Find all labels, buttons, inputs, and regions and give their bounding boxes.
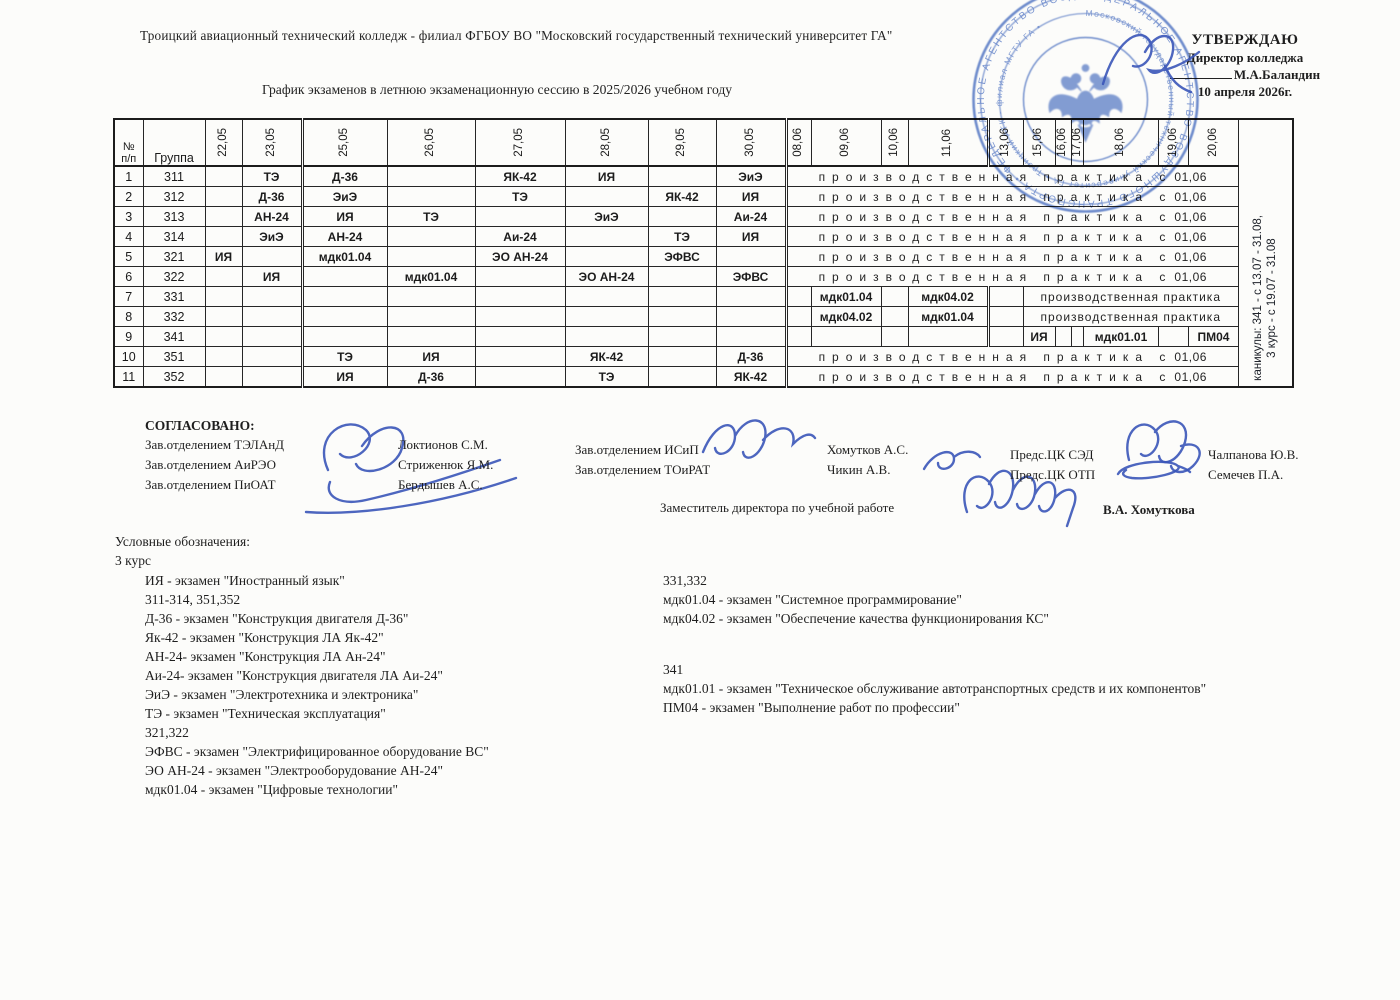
date-header: 16,06 <box>1055 119 1071 166</box>
schedule-cell <box>565 307 648 327</box>
schedule-row-311: 1311ТЭД-36ЯК-42ИЯЭиЭпроизводственная пра… <box>114 166 1293 187</box>
legend-item: Аи-24- экзамен "Конструкция двигателя ЛА… <box>145 666 489 685</box>
agreement-role: Предс.ЦК СЭД <box>1010 447 1093 463</box>
group-number: 351 <box>143 347 205 367</box>
legend-item: АН-24- экзамен "Конструкция ЛА Ан-24" <box>145 647 489 666</box>
schedule-cell <box>387 247 475 267</box>
row-number: 10 <box>114 347 143 367</box>
schedule-cell: ИЯ <box>1023 327 1055 347</box>
schedule-cell <box>786 287 811 307</box>
schedule-cell: ПМ04 <box>1189 327 1239 347</box>
schedule-row-322: 6322ИЯмдк01.04ЭО АН-24ЭФВСпроизводственн… <box>114 267 1293 287</box>
schedule-cell: ИЯ <box>565 166 648 187</box>
schedule-cell: Д-36 <box>716 347 786 367</box>
agreement-name: Бердышев А.С. <box>398 477 483 493</box>
agreement-title: СОГЛАСОВАНО: <box>145 418 255 434</box>
row-number: 3 <box>114 207 143 227</box>
row-number: 2 <box>114 187 143 207</box>
agreement-role: Зав.отделением ПиОАТ <box>145 477 276 493</box>
approver-role: Директор колледжа <box>1150 49 1340 66</box>
schedule-cell <box>387 307 475 327</box>
practice-cell: производственная практика с01,06 <box>786 367 1239 388</box>
schedule-cell: мдк01.04 <box>302 247 387 267</box>
group-number: 322 <box>143 267 205 287</box>
practice-cell: производственная практика с01,06 <box>786 166 1239 187</box>
schedule-row-321: 5321ИЯмдк01.04ЭО АН-24ЭФВСпроизводственн… <box>114 247 1293 267</box>
schedule-cell: АН-24 <box>242 207 302 227</box>
schedule-cell <box>648 166 716 187</box>
schedule-cell: мдк01.04 <box>387 267 475 287</box>
row-number: 9 <box>114 327 143 347</box>
schedule-cell <box>475 287 565 307</box>
schedule-cell: ИЯ <box>716 227 786 247</box>
schedule-cell: мдк01.04 <box>908 307 988 327</box>
practice-cell: производственная практика с01,06 <box>786 227 1239 247</box>
legend-item: мдк01.04 - экзамен "Системное программир… <box>663 590 1049 609</box>
legend-subtitle: 331,332 <box>663 571 1049 590</box>
date-header: 29,05 <box>648 119 716 166</box>
schedule-cell: мдк01.04 <box>811 287 881 307</box>
schedule-cell <box>242 247 302 267</box>
date-header: 10,06 <box>881 119 908 166</box>
group-number: 332 <box>143 307 205 327</box>
row-number: 8 <box>114 307 143 327</box>
legend-sublist: мдк01.01 - экзамен "Техническое обслужив… <box>663 679 1206 717</box>
schedule-cell <box>242 327 302 347</box>
organization-title: Троицкий авиационный технический колледж… <box>140 28 920 44</box>
row-number: 1 <box>114 166 143 187</box>
schedule-cell: ТЭ <box>302 347 387 367</box>
schedule-cell: ЭО АН-24 <box>475 247 565 267</box>
schedule-cell <box>475 367 565 388</box>
date-header: 27,05 <box>475 119 565 166</box>
practice-cell: производственная практика <box>1023 287 1239 307</box>
agreement-name: Стриженюк Я.М. <box>398 457 493 473</box>
practice-cell: производственная практика с01,06 <box>786 207 1239 227</box>
schedule-cell: ЯК-42 <box>475 166 565 187</box>
legend-item: мдк01.04 - экзамен "Цифровые технологии" <box>145 780 489 799</box>
schedule-cell <box>387 166 475 187</box>
schedule-cell <box>881 307 908 327</box>
agreement-role: Зав.отделением ТЭЛАнД <box>145 437 284 453</box>
schedule-cell <box>475 307 565 327</box>
legend-item: ТЭ - экзамен "Техническая эксплуатация" <box>145 704 489 723</box>
schedule-cell <box>387 227 475 247</box>
date-header: 30,05 <box>716 119 786 166</box>
group-number: 331 <box>143 287 205 307</box>
approver-name: М.А.Баландин <box>1150 66 1340 83</box>
schedule-cell: ИЯ <box>302 367 387 388</box>
schedule-cell <box>302 267 387 287</box>
schedule-cell <box>242 287 302 307</box>
legend-item: ЭиЭ - экзамен "Электротехника и электрон… <box>145 685 489 704</box>
schedule-cell: мдк04.02 <box>908 287 988 307</box>
schedule-cell <box>565 247 648 267</box>
signature-line <box>1170 67 1232 79</box>
date-header: 17,06 <box>1071 119 1084 166</box>
schedule-cell: ИЯ <box>387 347 475 367</box>
schedule-cell <box>242 347 302 367</box>
schedule-cell <box>387 287 475 307</box>
schedule-cell: Аи-24 <box>716 207 786 227</box>
approval-date: 10 апреля 2026г. <box>1150 83 1340 100</box>
row-number: 5 <box>114 247 143 267</box>
schedule-cell <box>908 327 988 347</box>
schedule-row-351: 10351ТЭИЯЯК-42Д-36производственная практ… <box>114 347 1293 367</box>
schedule-cell <box>786 307 811 327</box>
schedule-cell: ИЯ <box>716 187 786 207</box>
approve-word: УТВЕРЖДАЮ <box>1150 32 1340 49</box>
date-header: 23,05 <box>242 119 302 166</box>
schedule-cell <box>988 307 1023 327</box>
legend-subtitle: 341 <box>663 660 1206 679</box>
date-header: 26,05 <box>387 119 475 166</box>
legend-right-block-331-332: 331,332 мдк01.04 - экзамен "Системное пр… <box>663 571 1049 628</box>
agreement-name: Чалпанова Ю.В. <box>1208 447 1299 463</box>
date-header: 11,06 <box>908 119 988 166</box>
practice-cell: производственная практика <box>1023 307 1239 327</box>
column-header-num: №п/п <box>114 119 143 166</box>
schedule-cell: ЭФВС <box>716 267 786 287</box>
schedule-cell <box>205 307 242 327</box>
legend-item: мдк04.02 - экзамен "Обеспечение качества… <box>663 609 1049 628</box>
document-title: График экзаменов в летнюю экзаменационну… <box>262 82 732 98</box>
schedule-cell <box>475 267 565 287</box>
group-number: 311 <box>143 166 205 187</box>
schedule-cell <box>648 347 716 367</box>
group-number: 321 <box>143 247 205 267</box>
schedule-cell <box>205 207 242 227</box>
schedule-cell <box>387 327 475 347</box>
legend-item: 311-314, 351,352 <box>145 590 489 609</box>
schedule-cell: ТЭ <box>475 187 565 207</box>
practice-cell: производственная практика с01,06 <box>786 347 1239 367</box>
schedule-cell <box>205 367 242 388</box>
schedule-cell <box>205 227 242 247</box>
date-header: 08,06 <box>786 119 811 166</box>
schedule-cell <box>881 327 908 347</box>
schedule-cell: ЭиЭ <box>242 227 302 247</box>
schedule-cell <box>1159 327 1189 347</box>
legend-left-list: ИЯ - экзамен "Иностранный язык"311-314, … <box>145 571 489 799</box>
legend-item: Як-42 - экзамен "Конструкция ЛА Як-42" <box>145 628 489 647</box>
schedule-cell <box>205 187 242 207</box>
legend-item: мдк01.01 - экзамен "Техническое обслужив… <box>663 679 1206 698</box>
practice-cell: производственная практика с01,06 <box>786 247 1239 267</box>
schedule-cell: ЭФВС <box>648 247 716 267</box>
date-header: 15,06 <box>1023 119 1055 166</box>
schedule-row-314: 4314ЭиЭАН-24Аи-24ТЭИЯпроизводственная пр… <box>114 227 1293 247</box>
legend-item: ЭО АН-24 - экзамен "Электрооборудование … <box>145 761 489 780</box>
schedule-cell: мдк01.01 <box>1084 327 1159 347</box>
group-number: 352 <box>143 367 205 388</box>
schedule-cell: ЭиЭ <box>716 166 786 187</box>
row-number: 11 <box>114 367 143 388</box>
schedule-cell <box>716 247 786 267</box>
agreement-name: Семечев П.А. <box>1208 467 1283 483</box>
date-header: 22,05 <box>205 119 242 166</box>
schedule-cell <box>565 227 648 247</box>
schedule-cell <box>648 207 716 227</box>
legend-course: 3 курс <box>115 553 151 569</box>
date-header: 18,06 <box>1084 119 1159 166</box>
schedule-row-341: 9341ИЯмдк01.01ПМ04 <box>114 327 1293 347</box>
schedule-cell <box>205 166 242 187</box>
schedule-cell <box>1055 327 1071 347</box>
legend-item: ПМ04 - экзамен "Выполнение работ по проф… <box>663 698 1206 717</box>
schedule-cell: Д-36 <box>387 367 475 388</box>
schedule-cell <box>302 327 387 347</box>
schedule-cell: ИЯ <box>242 267 302 287</box>
schedule-cell: Аи-24 <box>475 227 565 247</box>
schedule-cell <box>205 327 242 347</box>
row-number: 6 <box>114 267 143 287</box>
agreement-name: Хомутков А.С. <box>827 442 908 458</box>
legend-title: Условные обозначения: <box>115 534 250 550</box>
agreement-role: Зав.отделением ИСиП <box>575 442 699 458</box>
agreement-name: Чикин А.В. <box>827 462 890 478</box>
agreement-role: Предс.ЦК ОТП <box>1010 467 1095 483</box>
schedule-cell <box>648 327 716 347</box>
schedule-cell: Д-36 <box>302 166 387 187</box>
schedule-cell <box>565 187 648 207</box>
schedule-cell <box>716 287 786 307</box>
schedule-cell: ТЭ <box>242 166 302 187</box>
table-header-row: №п/пГруппа22,0523,0525,0526,0527,0528,05… <box>114 119 1293 166</box>
agreement-role: Зав.отделением ТОиРАТ <box>575 462 710 478</box>
schedule-cell: ТЭ <box>387 207 475 227</box>
date-header: 20,06 <box>1189 119 1239 166</box>
schedule-cell <box>205 267 242 287</box>
agreement-name: Локтионов С.М. <box>398 437 488 453</box>
schedule-cell <box>1071 327 1084 347</box>
schedule-cell <box>302 307 387 327</box>
row-number: 4 <box>114 227 143 247</box>
schedule-cell <box>242 367 302 388</box>
schedule-row-332: 8332мдк04.02мдк01.04производственная пра… <box>114 307 1293 327</box>
schedule-cell: ЯК-42 <box>565 347 648 367</box>
schedule-cell <box>205 287 242 307</box>
schedule-cell <box>565 287 648 307</box>
schedule-cell <box>475 207 565 227</box>
row-number: 7 <box>114 287 143 307</box>
schedule-cell: Д-36 <box>242 187 302 207</box>
schedule-cell <box>716 307 786 327</box>
schedule-cell <box>475 347 565 367</box>
schedule-cell <box>205 347 242 367</box>
schedule-cell <box>988 287 1023 307</box>
date-header: 13,06 <box>988 119 1023 166</box>
schedule-cell <box>648 367 716 388</box>
legend-item: 321,322 <box>145 723 489 742</box>
schedule-cell <box>786 327 811 347</box>
schedule-cell: ЯК-42 <box>716 367 786 388</box>
schedule-cell: ЭиЭ <box>302 187 387 207</box>
date-header: 25,05 <box>302 119 387 166</box>
deputy-name: В.А. Хомуткова <box>1103 502 1195 518</box>
schedule-cell <box>302 287 387 307</box>
group-number: 314 <box>143 227 205 247</box>
schedule-cell <box>881 287 908 307</box>
column-header-group: Группа <box>143 119 205 166</box>
schedule-cell: ЯК-42 <box>648 187 716 207</box>
legend-item: ИЯ - экзамен "Иностранный язык" <box>145 571 489 590</box>
schedule-cell: ЭиЭ <box>565 207 648 227</box>
date-header: 19,06 <box>1159 119 1189 166</box>
agreement-role: Зав.отделением АиРЭО <box>145 457 276 473</box>
group-number: 341 <box>143 327 205 347</box>
schedule-row-312: 2312Д-36ЭиЭТЭЯК-42ИЯпроизводственная пра… <box>114 187 1293 207</box>
schedule-cell <box>648 267 716 287</box>
schedule-cell <box>387 187 475 207</box>
schedule-cell <box>242 307 302 327</box>
schedule-cell: мдк04.02 <box>811 307 881 327</box>
schedule-cell <box>648 307 716 327</box>
schedule-cell <box>811 327 881 347</box>
schedule-row-313: 3313АН-24ИЯТЭЭиЭАи-24производственная пр… <box>114 207 1293 227</box>
schedule-cell <box>565 327 648 347</box>
schedule-cell: ИЯ <box>205 247 242 267</box>
schedule-cell: ИЯ <box>302 207 387 227</box>
scanned-exam-schedule-document: { "header": { "org_line": "Троицкий авиа… <box>0 0 1400 1000</box>
legend-item: ЭФВС - экзамен "Электрифицированное обор… <box>145 742 489 761</box>
date-header: 09,06 <box>811 119 881 166</box>
group-number: 312 <box>143 187 205 207</box>
deputy-role: Заместитель директора по учебной работе <box>660 500 894 516</box>
date-header: 28,05 <box>565 119 648 166</box>
schedule-row-352: 11352ИЯД-36ТЭЯК-42производственная практ… <box>114 367 1293 388</box>
legend-sublist: мдк01.04 - экзамен "Системное программир… <box>663 590 1049 628</box>
schedule-row-331: 7331мдк01.04мдк04.02производственная пра… <box>114 287 1293 307</box>
vacation-note: каникулы: 341 - с 13.07 - 31.08,3 курс -… <box>1239 119 1293 387</box>
schedule-cell: ТЭ <box>648 227 716 247</box>
practice-cell: производственная практика с01,06 <box>786 187 1239 207</box>
schedule-cell: ТЭ <box>565 367 648 388</box>
schedule-cell: ЭО АН-24 <box>565 267 648 287</box>
legend-right-block-341: 341 мдк01.01 - экзамен "Техническое обсл… <box>663 660 1206 717</box>
approval-block: УТВЕРЖДАЮ Директор колледжа М.А.Баландин… <box>1150 32 1340 100</box>
schedule-cell <box>475 327 565 347</box>
exam-schedule-table: №п/пГруппа22,0523,0525,0526,0527,0528,05… <box>113 118 1294 388</box>
agreement-section: СОГЛАСОВАНО: Зав.отделением ТЭЛАнД Зав.о… <box>145 418 1345 538</box>
schedule-cell <box>716 327 786 347</box>
legend-item: Д-36 - экзамен "Конструкция двигателя Д-… <box>145 609 489 628</box>
group-number: 313 <box>143 207 205 227</box>
schedule-cell: АН-24 <box>302 227 387 247</box>
schedule-cell <box>648 287 716 307</box>
schedule-cell <box>988 327 1023 347</box>
practice-cell: производственная практика с01,06 <box>786 267 1239 287</box>
